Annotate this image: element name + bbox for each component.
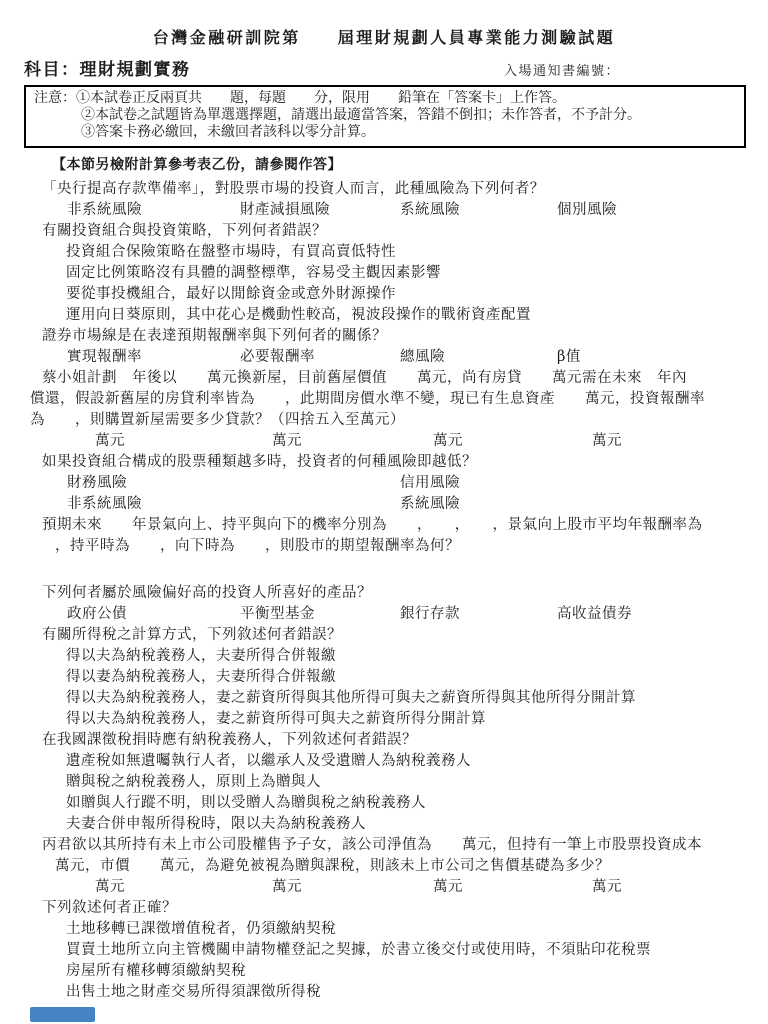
option-label: 非系統風險 <box>67 200 142 221</box>
option-label: 得以妻為納稅義務人，夫妻所得合併報繳 <box>0 667 768 688</box>
options-row: 財務風險信用風險 <box>0 473 768 494</box>
option-label: 出售土地之財產交易所得須課徵所得稅 <box>0 982 768 1003</box>
option-label: 平衡型基金 <box>240 604 315 625</box>
option-label: 萬元 <box>592 431 622 452</box>
option-label: 土地移轉已課徵增值稅者，仍須繳納契稅 <box>0 919 768 940</box>
question-stem-line: 證券市場線是在表達預期報酬率與下列何者的關係？ <box>0 326 768 347</box>
option-label: 遺產稅如無遺囑執行人者，以繼承人及受遺贈人為納稅義務人 <box>0 751 768 772</box>
option-label: 萬元 <box>95 877 125 898</box>
question-stem-line: 預期未來 年景氣向上、持平與向下的機率分別為 ， ， ，景氣向上股市平均年報酬率… <box>0 515 768 536</box>
question-stem-line: 蔡小姐計劃 年後以 萬元換新屋，目前舊屋價值 萬元，尚有房貸 萬元需在未來 年內 <box>0 368 768 389</box>
option-label: 銀行存款 <box>400 604 460 625</box>
notice-box: 注意：①本試卷正反兩頁共 題，每題 分，限用 鉛筆在「答案卡」上作答。 ②本試卷… <box>24 85 746 148</box>
option-label: 得以夫為納稅義務人，夫妻所得合併報繳 <box>0 646 768 667</box>
options-row: 實現報酬率必要報酬率總風險β值 <box>0 347 768 368</box>
option-label: 實現報酬率 <box>67 347 142 368</box>
option-label: β值 <box>557 347 581 368</box>
question-stem-line: 在我國課徵稅捐時應有納稅義務人，下列敘述何者錯誤？ <box>0 730 768 751</box>
option-label: 政府公債 <box>67 604 127 625</box>
exam-title: 台灣金融研訓院第 屆理財規劃人員專業能力測驗試題 <box>0 0 768 48</box>
subject-row: 科目：理財規劃實務 入場通知書編號： <box>24 55 744 80</box>
question-stem-line: 丙君欲以其所持有未上市公司股權售予子女，該公司淨值為 萬元，但持有一筆上市股票投… <box>0 835 768 856</box>
option-label: 個別風險 <box>557 200 617 221</box>
blank-options-space <box>0 557 768 583</box>
options-row: 非系統風險系統風險 <box>0 494 768 515</box>
option-label: 萬元 <box>272 431 302 452</box>
notice-line-1: 注意：①本試卷正反兩頁共 題，每題 分，限用 鉛筆在「答案卡」上作答。 <box>34 90 738 107</box>
option-label: 投資組合保險策略在盤整市場時，有買高賣低特性 <box>0 242 768 263</box>
option-label: 買賣土地所立向主管機關申請物權登記之契據，於書立後交付或使用時，不須貼印花稅票 <box>0 940 768 961</box>
question-stem-line: 為 ，則購置新屋需要多少貸款？（四捨五入至萬元） <box>0 410 768 431</box>
viewer-button-fragment[interactable] <box>30 1007 95 1022</box>
options-row: 非系統風險財產減損風險系統風險個別風險 <box>0 200 768 221</box>
options-row: 萬元萬元萬元萬元 <box>0 877 768 898</box>
option-label: 必要報酬率 <box>240 347 315 368</box>
questions-section: 「央行提高存款準備率」，對股票市場的投資人而言，此種風險為下列何者？非系統風險財… <box>0 179 768 1003</box>
option-label: 夫妻合併申報所得稅時，限以夫為納稅義務人 <box>0 814 768 835</box>
option-label: 運用向日葵原則，其中花心是機動性較高，視波段操作的戰術資產配置 <box>0 305 768 326</box>
option-label: 贈與稅之納稅義務人，原則上為贈與人 <box>0 772 768 793</box>
option-label: 得以夫為納稅義務人，妻之薪資所得可與夫之薪資所得分開計算 <box>0 709 768 730</box>
question-stem-line: 如果投資組合構成的股票種類越多時，投資者的何種風險即越低？ <box>0 452 768 473</box>
option-label: 系統風險 <box>400 200 460 221</box>
option-label: 要從事投機組合，最好以閒餘資金或意外財源操作 <box>0 284 768 305</box>
question-stem-line: 萬元，市價 萬元，為避免被視為贈與課稅，則該未上市公司之售價基礎為多少？ <box>0 856 768 877</box>
question-stem-line: 下列敘述何者正確？ <box>0 898 768 919</box>
exam-page: 台灣金融研訓院第 屆理財規劃人員專業能力測驗試題 科目：理財規劃實務 入場通知書… <box>0 0 768 1024</box>
question-stem-line: 「央行提高存款準備率」，對股票市場的投資人而言，此種風險為下列何者？ <box>0 179 768 200</box>
question-stem-line: 償還，假設新舊屋的房貸利率皆為 ，此期間房價水準不變，現已有生息資產 萬元，投資… <box>0 389 768 410</box>
option-label: 財務風險 <box>67 473 127 494</box>
option-label: 萬元 <box>433 431 463 452</box>
option-label: 信用風險 <box>400 473 460 494</box>
notice-line-2: ②本試卷之試題皆為單選選擇題，請選出最適當答案，答錯不倒扣；未作答者，不予計分。 <box>34 107 738 124</box>
question-stem-line: ，持平時為 ，向下時為 ，則股市的期望報酬率為何？ <box>0 536 768 557</box>
options-row: 政府公債平衡型基金銀行存款高收益債券 <box>0 604 768 625</box>
question-stem-line: 下列何者屬於風險偏好高的投資人所喜好的產品？ <box>0 583 768 604</box>
option-label: 萬元 <box>433 877 463 898</box>
option-label: 得以夫為納稅義務人，妻之薪資所得與其他所得可與夫之薪資所得與其他所得分開計算 <box>0 688 768 709</box>
admission-number-label: 入場通知書編號： <box>504 60 620 79</box>
notice-line-3: ③答案卡務必繳回，未繳回者該科以零分計算。 <box>34 124 738 141</box>
option-label: 萬元 <box>95 431 125 452</box>
option-label: 房屋所有權移轉須繳納契稅 <box>0 961 768 982</box>
option-label: 高收益債券 <box>557 604 632 625</box>
attachment-note: 【本節另檢附計算參考表乙份，請參閱作答】 <box>52 154 768 174</box>
options-row: 萬元萬元萬元萬元 <box>0 431 768 452</box>
question-stem-line: 有關投資組合與投資策略，下列何者錯誤？ <box>0 221 768 242</box>
option-label: 非系統風險 <box>67 494 142 515</box>
subject-label: 科目：理財規劃實務 <box>24 55 191 80</box>
question-stem-line: 有關所得稅之計算方式，下列敘述何者錯誤？ <box>0 625 768 646</box>
option-label: 固定比例策略沒有具體的調整標準，容易受主觀因素影響 <box>0 263 768 284</box>
option-label: 萬元 <box>592 877 622 898</box>
option-label: 如贈與人行蹤不明，則以受贈人為贈與稅之納稅義務人 <box>0 793 768 814</box>
option-label: 總風險 <box>400 347 445 368</box>
option-label: 系統風險 <box>400 494 460 515</box>
option-label: 財產減損風險 <box>240 200 330 221</box>
option-label: 萬元 <box>272 877 302 898</box>
